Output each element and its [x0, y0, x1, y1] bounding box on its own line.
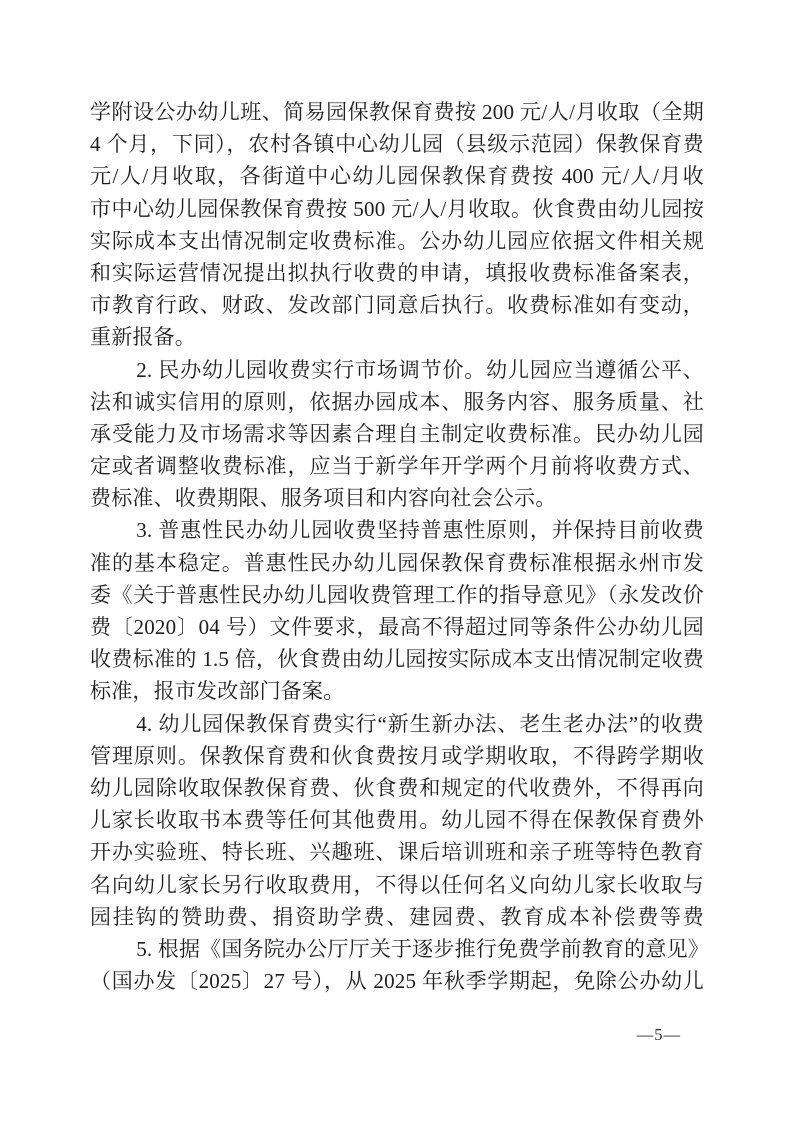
text-line: 重新报备。 [90, 321, 704, 353]
paragraph: 3. 普惠性民办幼儿园收费坚持普惠性原则，并保持目前收费标 准的基本稳定。普惠性… [90, 514, 704, 707]
text-line: 承受能力及市场需求等因素合理自主制定收费标准。民办幼儿园制 [90, 418, 704, 450]
text-line: 委《关于普惠性民办幼儿园收费管理工作的指导意见》（永发改价 [90, 579, 704, 611]
text-line: 市中心幼儿园保教保育费按 500 元/人/月收取。伙食费由幼儿园按 [90, 193, 704, 225]
text-line: 园挂钩的赞助费、捐资助学费、建园费、教育成本补偿费等费用。 [90, 901, 704, 933]
paragraph: 4. 幼儿园保教保育费实行“新生新办法、老生老办法”的收费 管理原则。保教保育费… [90, 708, 704, 933]
paragraph: 5. 根据《国务院办公厅厅关于逐步推行免费学前教育的意见》 （国办发〔2025〕… [90, 933, 704, 997]
text-line: 定或者调整收费标准，应当于新学年开学两个月前将收费方式、收 [90, 450, 704, 482]
text-line: 幼儿园除收取保教保育费、伙食费和规定的代收费外，不得再向幼 [90, 772, 704, 804]
text-line: 2. 民办幼儿园收费实行市场调节价。幼儿园应当遵循公平、合 [90, 354, 704, 386]
text-line: 和实际运营情况提出拟执行收费的申请，填报收费标准备案表，经 [90, 257, 704, 289]
text-line: 标准，报市发改部门备案。 [90, 675, 704, 707]
text-line: 开办实验班、特长班、兴趣班、课后培训班和亲子班等特色教育为 [90, 836, 704, 868]
text-line: 4 个月，下同），农村各镇中心幼儿园（县级示范园）保教保育费按 320 [90, 128, 704, 160]
paragraph: 学附设公办幼儿班、简易园保教保育费按 200 元/人/月收取（全期按 4 个月，… [90, 96, 704, 354]
document-page: 学附设公办幼儿班、简易园保教保育费按 200 元/人/月收取（全期按 4 个月，… [0, 0, 793, 1122]
text-line: （国办发〔2025〕27 号），从 2025 年秋季学期起，免除公办幼儿 [90, 965, 704, 997]
text-line: 3. 普惠性民办幼儿园收费坚持普惠性原则，并保持目前收费标 [90, 514, 704, 546]
text-line: 4. 幼儿园保教保育费实行“新生新办法、老生老办法”的收费 [90, 708, 704, 740]
text-line: 准的基本稳定。普惠性民办幼儿园保教保育费标准根据永州市发改 [90, 547, 704, 579]
text-line: 名向幼儿家长另行收取费用，不得以任何名义向幼儿家长收取与入 [90, 869, 704, 901]
text-line: 费〔2020〕04 号）文件要求，最高不得超过同等条件公办幼儿园 [90, 611, 704, 643]
text-line: 费标准、收费期限、服务项目和内容向社会公示。 [90, 482, 704, 514]
paragraph: 2. 民办幼儿园收费实行市场调节价。幼儿园应当遵循公平、合 法和诚实信用的原则，… [90, 354, 704, 515]
document-body: 学附设公办幼儿班、简易园保教保育费按 200 元/人/月收取（全期按 4 个月，… [90, 96, 704, 997]
text-line: 元/人/月收取，各街道中心幼儿园保教保育费按 400 元/人/月收取， [90, 160, 704, 192]
page-number: —5— [637, 1025, 681, 1045]
text-line: 儿家长收取书本费等任何其他费用。幼儿园不得在保教保育费外以 [90, 804, 704, 836]
text-line: 5. 根据《国务院办公厅厅关于逐步推行免费学前教育的意见》 [90, 933, 704, 965]
text-line: 市教育行政、财政、发改部门同意后执行。收费标准如有变动，应 [90, 289, 704, 321]
text-line: 收费标准的 1.5 倍，伙食费由幼儿园按实际成本支出情况制定收费 [90, 643, 704, 675]
text-line: 实际成本支出情况制定收费标准。公办幼儿园应依据文件相关规定 [90, 225, 704, 257]
text-line: 管理原则。保教保育费和伙食费按月或学期收取，不得跨学期收费。 [90, 740, 704, 772]
text-line: 法和诚实信用的原则，依据办园成本、服务内容、服务质量、社会 [90, 386, 704, 418]
text-line: 学附设公办幼儿班、简易园保教保育费按 200 元/人/月收取（全期按 [90, 96, 704, 128]
